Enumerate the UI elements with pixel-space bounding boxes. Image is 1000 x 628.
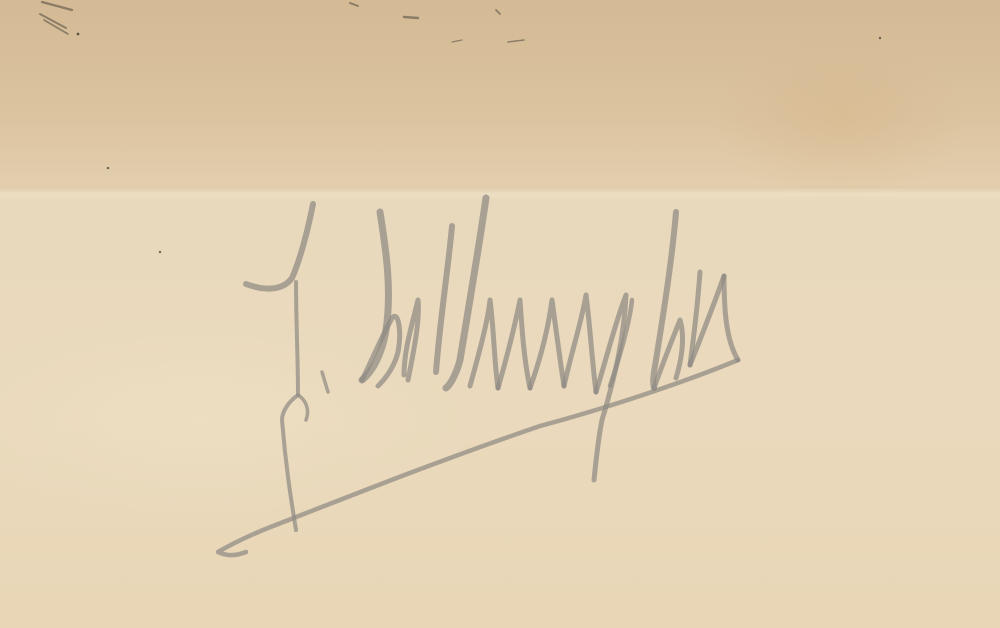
pencil-signature: J. Debruycker [0, 0, 1000, 628]
signature-photo: J. Debruycker [0, 0, 1000, 628]
